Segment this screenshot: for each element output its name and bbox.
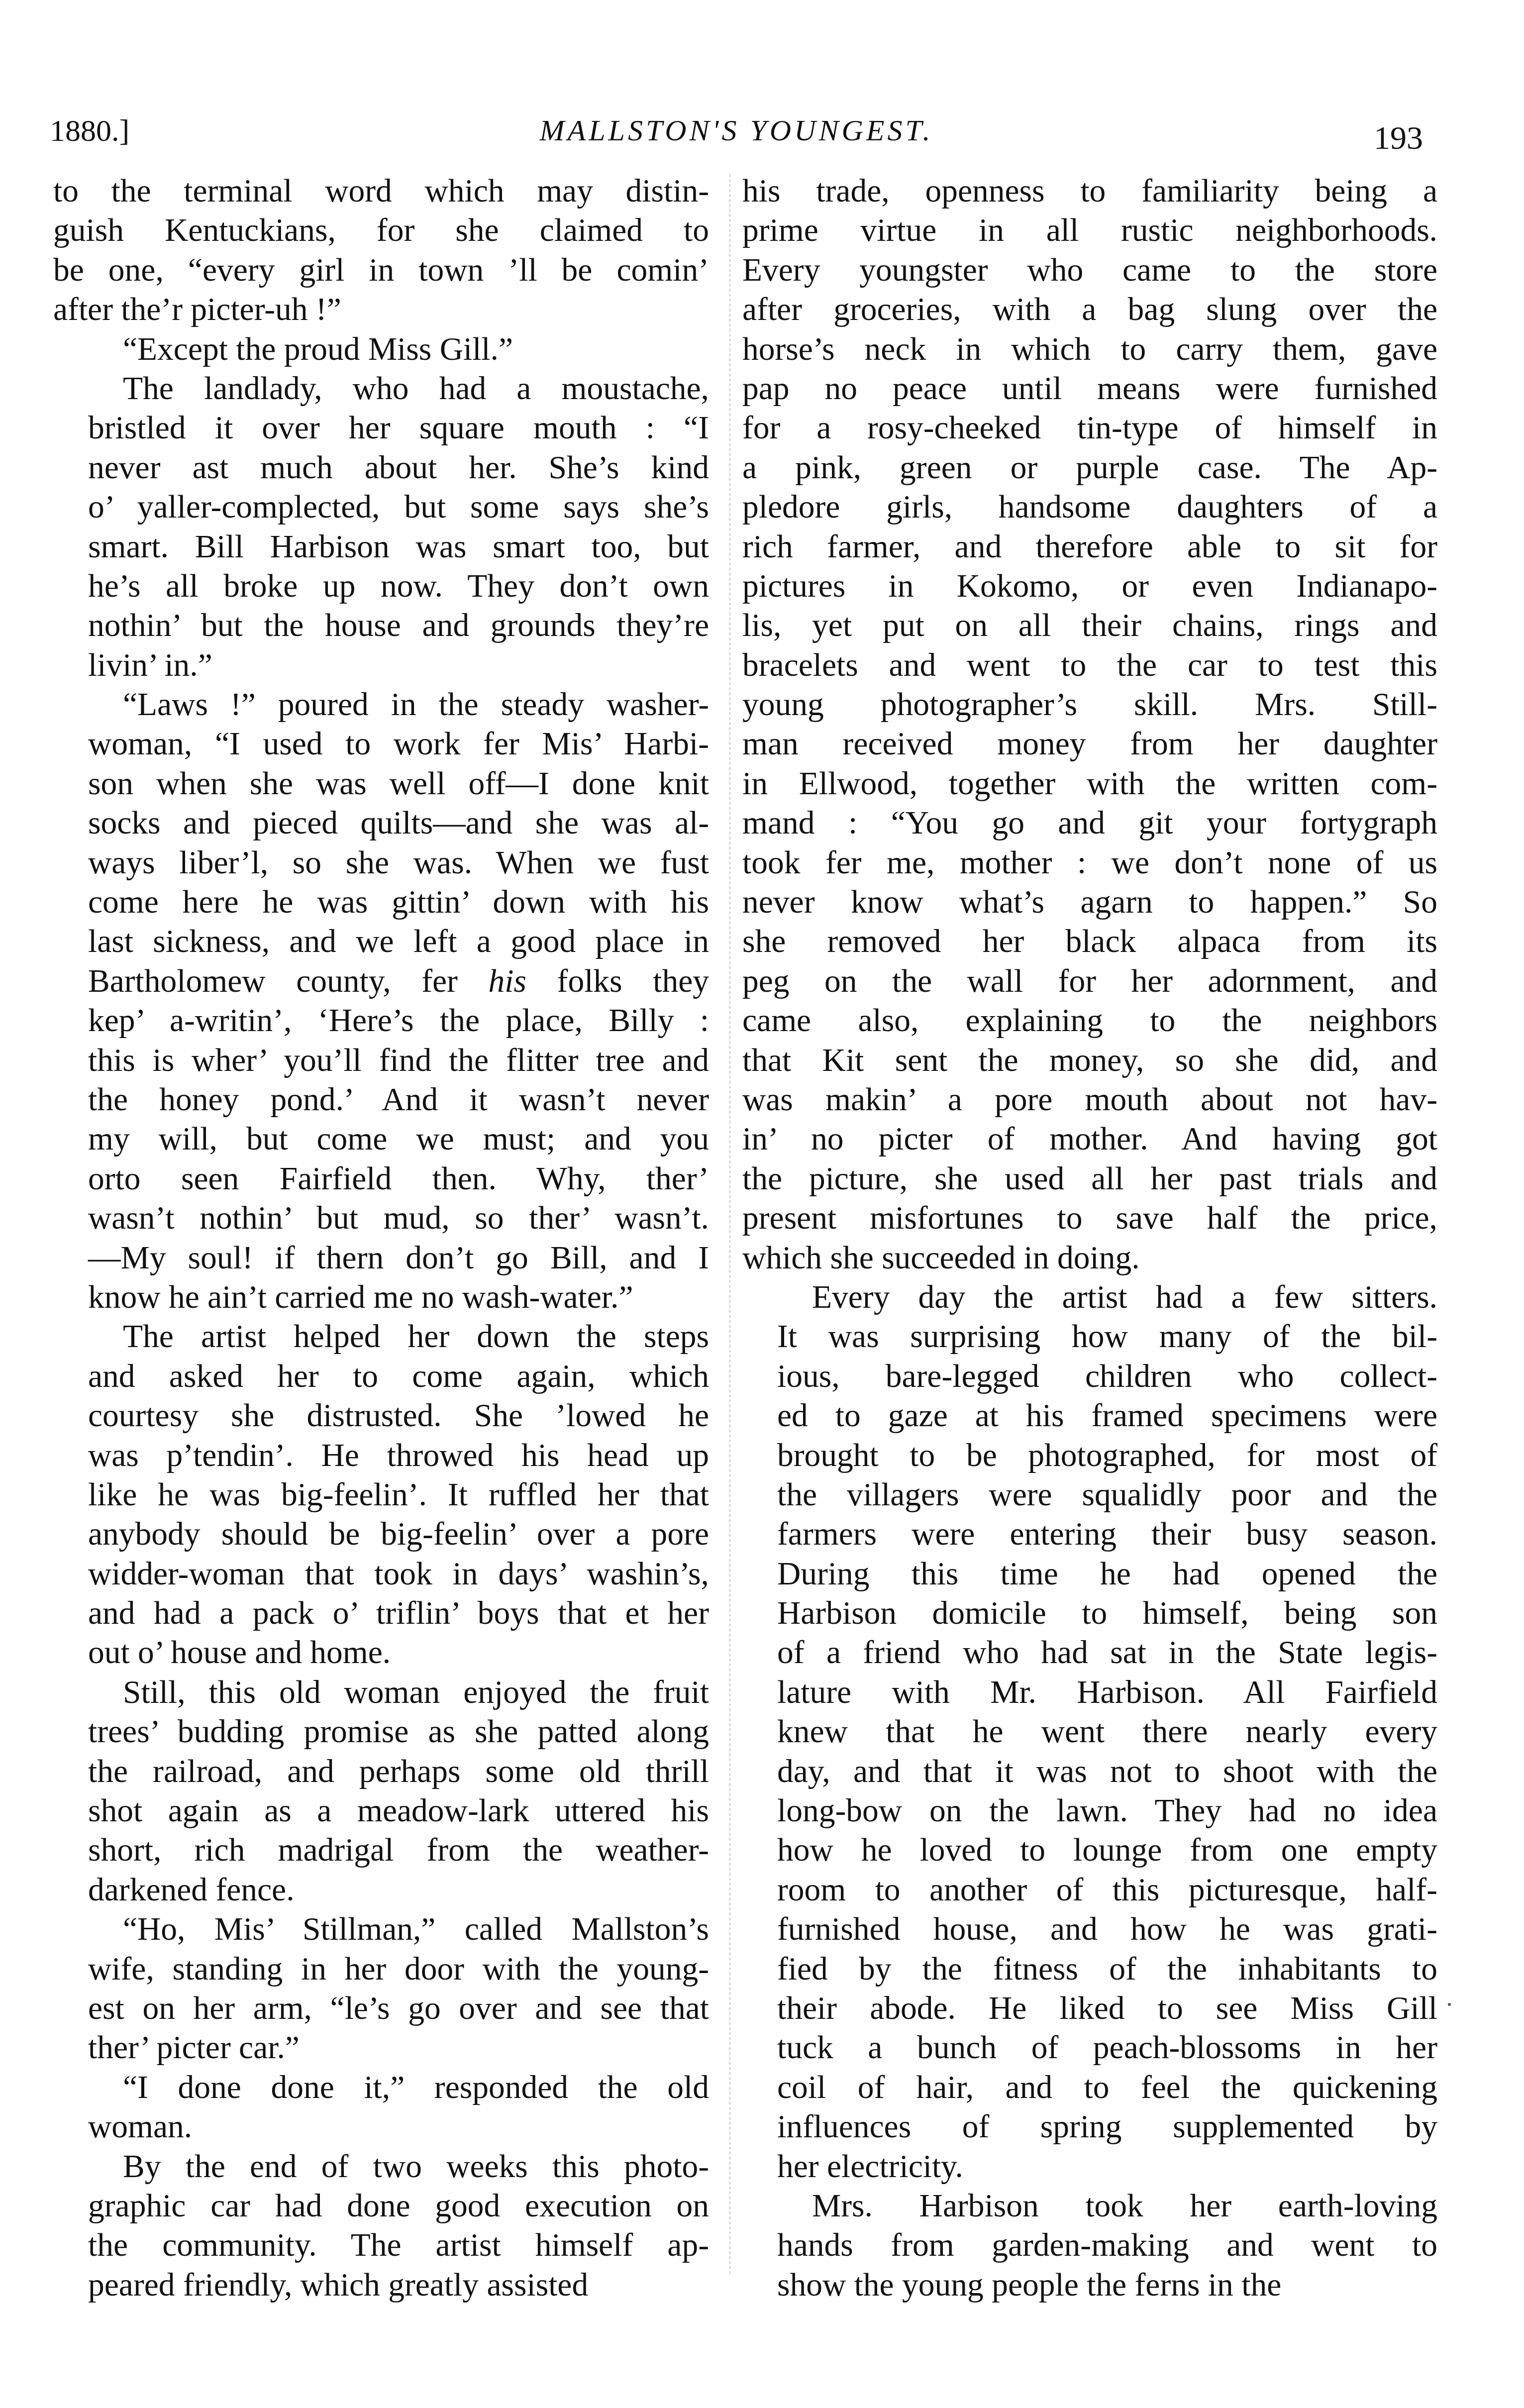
text-line: graphic car had done good execution on <box>53 2187 709 2226</box>
text-line: the railroad, and perhaps some old thril… <box>53 1752 709 1791</box>
text-line: the community. The artist himself ap- <box>53 2226 709 2265</box>
text-line: livin’ in.” <box>53 646 709 685</box>
text-line: wife, standing in her door with the youn… <box>53 1950 709 1989</box>
text-line: prime virtue in all rustic neighborhoods… <box>742 211 1437 250</box>
text-line: During this time he had opened the <box>742 1555 1437 1594</box>
text-line: the villagers were squalidly poor and th… <box>742 1475 1437 1515</box>
text-line: courtesy she distrusted. She ’lowed he <box>53 1396 709 1436</box>
running-head: 1880.] MALLSTON'S YOUNGEST. 193 <box>50 100 1423 154</box>
text-line: nothin’ but the house and grounds they’r… <box>53 606 709 645</box>
text-line: guish Kentuckians, for she claimed to <box>53 211 709 250</box>
text-line: lature with Mr. Harbison. All Fairfield <box>742 1673 1437 1712</box>
text-line: Mrs. Harbison took her earth-loving <box>742 2187 1437 2226</box>
paragraph: to the terminal word which may distin-gu… <box>53 172 709 330</box>
text-line: brought to be photographed, for most of <box>742 1436 1437 1475</box>
text-line: coil of hair, and to feel the quickening <box>742 2068 1437 2107</box>
text-line: mand : “You go and git your fortygraph <box>742 804 1437 843</box>
text-line: be one, “every girl in town ’ll be comin… <box>53 251 709 290</box>
text-line: horse’s neck in which to carry them, gav… <box>742 330 1437 369</box>
paragraph: his trade, openness to familiarity being… <box>742 172 1437 1278</box>
text-line: that Kit sent the money, so she did, and <box>742 1041 1437 1080</box>
text-line: ious, bare-legged children who collect- <box>742 1357 1437 1396</box>
text-line: bristled it over her square mouth : “I <box>53 409 709 448</box>
paragraph: The artist helped her down the stepsand … <box>53 1317 709 1673</box>
text-line: farmers were entering their busy season. <box>742 1515 1437 1554</box>
text-line: ther’ picter car.” <box>53 2028 709 2068</box>
text-line: she removed her black alpaca from its <box>742 922 1437 961</box>
paragraph: “Laws !” poured in the steady washer-wom… <box>53 685 709 1317</box>
text-line: The landlady, who had a moustache, <box>53 369 709 409</box>
text-line: est on her arm, “le’s go over and see th… <box>53 1989 709 2028</box>
text-line: kep’ a-writin’, ‘Here’s the place, Billy… <box>53 1001 709 1041</box>
text-line: for a rosy-cheeked tin-type of himself i… <box>742 409 1437 448</box>
text-line: influences of spring supplemented by <box>742 2107 1437 2147</box>
text-line: man received money from her daughter <box>742 725 1437 764</box>
text-line: hands from garden-making and went to <box>742 2226 1437 2265</box>
right-column: his trade, openness to familiarity being… <box>742 172 1437 2305</box>
text-line: woman. <box>53 2107 709 2147</box>
text-line: shot again as a meadow-lark uttered his <box>53 1791 709 1831</box>
text-line: my will, but come we must; and you <box>53 1120 709 1159</box>
text-line: “Except the proud Miss Gill.” <box>53 330 709 369</box>
text-line: which she succeeded in doing. <box>742 1239 1437 1278</box>
text-line: pledore girls, handsome daughters of a <box>742 488 1437 527</box>
text-line: the picture, she used all her past trial… <box>742 1159 1437 1199</box>
text-line: ways liber’l, so she was. When we fust <box>53 843 709 883</box>
text-line: short, rich madrigal from the weather- <box>53 1831 709 1870</box>
scan-speck <box>1401 662 1403 664</box>
magazine-page: 1880.] MALLSTON'S YOUNGEST. 193 to the t… <box>0 0 1524 2408</box>
text-line: furnished house, and how he was grati- <box>742 1910 1437 1949</box>
italic-emphasis: his <box>489 963 526 999</box>
text-line: know he ain’t carried me no wash-water.” <box>53 1278 709 1317</box>
paragraph: “Ho, Mis’ Stillman,” called Mallston’swi… <box>53 1910 709 2068</box>
text-line: after the’r picter-uh !” <box>53 290 709 329</box>
text-line: —My soul! if thern don’t go Bill, and I <box>53 1239 709 1278</box>
paragraph: Mrs. Harbison took her earth-lovinghands… <box>742 2187 1437 2305</box>
scan-speck <box>1448 2003 1451 2006</box>
text-line: It was surprising how many of the bil- <box>742 1317 1437 1357</box>
text-line: peg on the wall for her adornment, and <box>742 962 1437 1001</box>
text-line: in Ellwood, together with the written co… <box>742 764 1437 804</box>
text-line: By the end of two weeks this photo- <box>53 2147 709 2187</box>
left-column: to the terminal word which may distin-gu… <box>53 172 709 2305</box>
text-line: lis, yet put on all their chains, rings … <box>742 606 1437 645</box>
text-line: Bartholomew county, fer his folks they <box>53 962 709 1001</box>
paragraph: The landlady, who had a moustache,bristl… <box>53 369 709 685</box>
text-line: and had a pack o’ triflin’ boys that et … <box>53 1594 709 1633</box>
text-line: woman, “I used to work fer Mis’ Harbi- <box>53 725 709 764</box>
text-line: “Laws !” poured in the steady washer- <box>53 685 709 725</box>
text-line: long-bow on the lawn. They had no idea <box>742 1791 1437 1831</box>
text-line: Still, this old woman enjoyed the fruit <box>53 1673 709 1712</box>
text-line: fied by the fitness of the inhabitants t… <box>742 1950 1437 1989</box>
text-line: room to another of this picturesque, hal… <box>742 1871 1437 1910</box>
text-line: darkened fence. <box>53 1871 709 1910</box>
text-line: young photographer’s skill. Mrs. Still- <box>742 685 1437 725</box>
text-line: present misfortunes to save half the pri… <box>742 1199 1437 1238</box>
text-line: Harbison domicile to himself, being son <box>742 1594 1437 1633</box>
text-line: come here he was gittin’ down with his <box>53 883 709 922</box>
text-line: a pink, green or purple case. The Ap- <box>742 448 1437 488</box>
text-line: “Ho, Mis’ Stillman,” called Mallston’s <box>53 1910 709 1949</box>
text-line: her electricity. <box>742 2147 1437 2187</box>
text-line: how he loved to lounge from one empty <box>742 1831 1437 1870</box>
text-line: o’ yaller-complected, but some says she’… <box>53 488 709 527</box>
text-line: like he was big-feelin’. It ruffled her … <box>53 1475 709 1515</box>
text-line: widder-woman that took in days’ washin’s… <box>53 1555 709 1594</box>
text-line: show the young people the ferns in the <box>742 2266 1437 2305</box>
text-line: knew that he went there nearly every <box>742 1712 1437 1752</box>
text-line: bracelets and went to the car to test th… <box>742 646 1437 685</box>
text-line: to the terminal word which may distin- <box>53 172 709 211</box>
text-line: smart. Bill Harbison was smart too, but <box>53 527 709 567</box>
text-line: he’s all broke up now. They don’t own <box>53 567 709 606</box>
text-line: of a friend who had sat in the State leg… <box>742 1633 1437 1673</box>
text-line: out o’ house and home. <box>53 1633 709 1673</box>
text-line: last sickness, and we left a good place … <box>53 922 709 961</box>
paragraph: Still, this old woman enjoyed the fruitt… <box>53 1673 709 1910</box>
text-line: rich farmer, and therefore able to sit f… <box>742 527 1437 567</box>
text-line: day, and that it was not to shoot with t… <box>742 1752 1437 1791</box>
text-line: took fer me, mother : we don’t none of u… <box>742 843 1437 883</box>
text-line: tuck a bunch of peach-blossoms in her <box>742 2028 1437 2068</box>
paragraph: By the end of two weeks this photo-graph… <box>53 2147 709 2305</box>
paragraph: Every day the artist had a few sitters.I… <box>742 1278 1437 2187</box>
text-line: socks and pieced quilts—and she was al- <box>53 804 709 843</box>
text-line: his trade, openness to familiarity being… <box>742 172 1437 211</box>
text-line: this is wher’ you’ll find the flitter tr… <box>53 1041 709 1080</box>
text-line: in’ no picter of mother. And having got <box>742 1120 1437 1159</box>
text-line: after groceries, with a bag slung over t… <box>742 290 1437 329</box>
text-line: and asked her to come again, which <box>53 1357 709 1396</box>
text-line: ed to gaze at his framed specimens were <box>742 1396 1437 1436</box>
text-line: Every youngster who came to the store <box>742 251 1437 290</box>
text-line: pap no peace until means were furnished <box>742 369 1437 409</box>
text-line: trees’ budding promise as she patted alo… <box>53 1712 709 1752</box>
text-line: came also, explaining to the neighbors <box>742 1001 1437 1041</box>
text-line: orto seen Fairfield then. Why, ther’ <box>53 1159 709 1199</box>
text-line: “I done done it,” responded the old <box>53 2068 709 2107</box>
text-line: son when she was well off—I done knit <box>53 764 709 804</box>
paragraph: “I done done it,” responded the oldwoman… <box>53 2068 709 2147</box>
text-line: The artist helped her down the steps <box>53 1317 709 1357</box>
text-line: the honey pond.’ And it wasn’t never <box>53 1080 709 1120</box>
text-line: was makin’ a pore mouth about not hav- <box>742 1080 1437 1120</box>
text-line: their abode. He liked to see Miss Gill <box>742 1989 1437 2028</box>
column-divider <box>729 174 730 2274</box>
text-line: was p’tendin’. He throwed his head up <box>53 1436 709 1475</box>
text-line: never ast much about her. She’s kind <box>53 448 709 488</box>
page-number: 193 <box>1374 119 1423 157</box>
running-head-title: MALLSTON'S YOUNGEST. <box>50 113 1423 148</box>
text-line: anybody should be big-feelin’ over a por… <box>53 1515 709 1554</box>
text-line: wasn’t nothin’ but mud, so ther’ wasn’t. <box>53 1199 709 1238</box>
text-line: Every day the artist had a few sitters. <box>742 1278 1437 1317</box>
text-line: pictures in Kokomo, or even Indianapo- <box>742 567 1437 606</box>
text-line: never know what’s agarn to happen.” So <box>742 883 1437 922</box>
paragraph: “Except the proud Miss Gill.” <box>53 330 709 369</box>
text-line: peared friendly, which greatly assisted <box>53 2266 709 2305</box>
